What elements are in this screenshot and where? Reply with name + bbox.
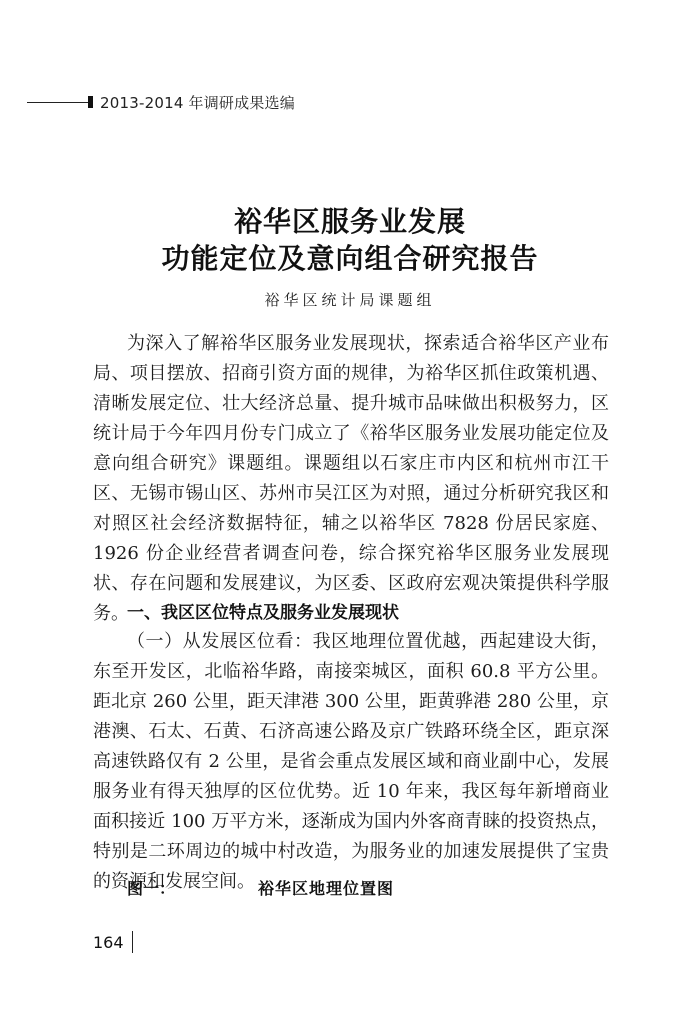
section-paragraph-block: （一）从发展区位看：我区地理位置优越，西起建设大街，东至开发区，北临裕华路，南接… (93, 627, 609, 897)
figure-title: 裕华区地理位置图 (258, 876, 394, 899)
header-rule (27, 102, 88, 103)
intro-paragraph-block: 为深入了解裕华区服务业发展现状，探索适合裕华区产业布局、项目摆放、招商引资方面的… (93, 329, 609, 629)
running-header: 2013-2014 年调研成果选编 (27, 90, 295, 114)
running-header-text: 2013-2014 年调研成果选编 (100, 92, 295, 113)
article-title-line-2: 功能定位及意向组合研究报告 (0, 237, 700, 277)
figure-label: 图一： (127, 876, 175, 899)
intro-paragraph: 为深入了解裕华区服务业发展现状，探索适合裕华区产业布局、项目摆放、招商引资方面的… (93, 329, 609, 629)
section-paragraph: （一）从发展区位看：我区地理位置优越，西起建设大街，东至开发区，北临裕华路，南接… (93, 627, 609, 897)
header-block-marker (88, 96, 93, 108)
article-author: 裕华区统计局课题组 (0, 289, 700, 310)
article-title-line-1: 裕华区服务业发展 (0, 200, 700, 240)
page-footer: 164 (93, 931, 133, 953)
footer-divider (132, 931, 133, 953)
page-number: 164 (93, 933, 124, 952)
section-heading: 一、我区区位特点及服务业发展现状 (127, 598, 399, 623)
